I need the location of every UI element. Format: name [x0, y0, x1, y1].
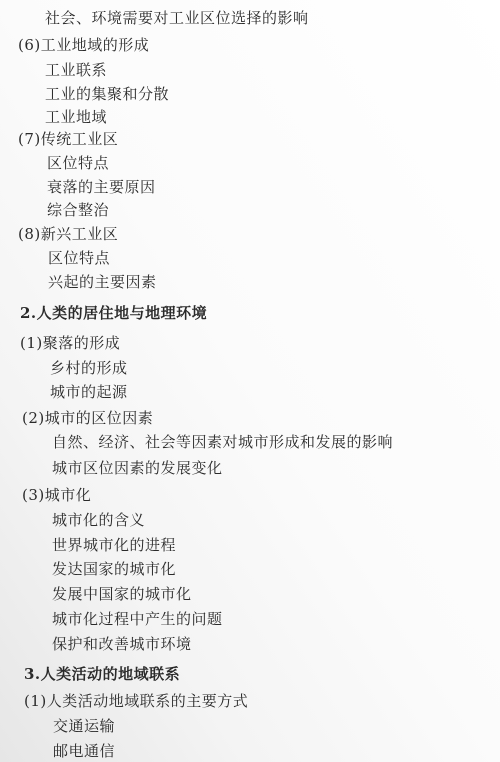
outline-item: 兴起的主要因素: [48, 272, 157, 292]
outline-text: 城市化: [45, 486, 92, 504]
outline-number: (1): [24, 692, 47, 710]
outline-text: 世界城市化的进程: [52, 536, 176, 554]
outline-text: 人类活动地域联系的主要方式: [47, 692, 249, 710]
outline-text: 保护和改善城市环境: [52, 635, 192, 653]
outline-number: 3.: [24, 665, 41, 683]
outline-item: 世界城市化的进程: [52, 535, 176, 555]
outline-text: 区位特点: [47, 154, 109, 172]
outline-item: 工业联系: [45, 60, 107, 80]
outline-item: 城市化的含义: [52, 510, 145, 530]
outline-number: 2.: [20, 304, 37, 322]
outline-item: 衰落的主要原因: [47, 177, 156, 197]
outline-text: 工业地域的形成: [41, 36, 150, 54]
subsection-heading: (6)工业地域的形成: [18, 35, 149, 55]
section-heading: 3.人类活动的地域联系: [24, 664, 180, 684]
subsection-heading: (1)聚落的形成: [20, 333, 120, 353]
outline-item: 发展中国家的城市化: [52, 584, 192, 604]
outline-text: 传统工业区: [41, 130, 119, 148]
outline-item: 乡村的形成: [50, 358, 128, 378]
subsection-heading: (7)传统工业区: [18, 129, 118, 149]
outline-item: 区位特点: [47, 153, 109, 173]
outline-item: 工业地域: [45, 107, 107, 127]
outline-text: 发展中国家的城市化: [52, 585, 192, 603]
subsection-heading: (2)城市的区位因素: [22, 408, 153, 428]
outline-text: 衰落的主要原因: [47, 178, 156, 196]
outline-item: 交通运输: [53, 716, 115, 736]
outline-item: 社会、环境需要对工业区位选择的影响: [45, 8, 309, 28]
outline-text: 人类活动的地域联系: [41, 665, 181, 683]
outline-number: (8): [18, 225, 41, 243]
outline-text: 城市区位因素的发展变化: [52, 459, 223, 477]
outline-number: (1): [20, 334, 43, 352]
outline-number: (2): [22, 409, 45, 427]
outline-item: 保护和改善城市环境: [52, 634, 192, 654]
outline-text: 区位特点: [48, 249, 110, 267]
outline-item: 区位特点: [48, 248, 110, 268]
outline-text: 工业地域: [45, 108, 107, 126]
outline-item: 邮电通信: [53, 741, 115, 761]
outline-number: (6): [18, 36, 41, 54]
outline-item: 城市化过程中产生的问题: [52, 609, 223, 629]
outline-text: 邮电通信: [53, 742, 115, 760]
outline-text: 城市化过程中产生的问题: [52, 610, 223, 628]
subsection-heading: (8)新兴工业区: [18, 224, 118, 244]
outline-item: 发达国家的城市化: [52, 559, 176, 579]
outline-text: 城市的起源: [50, 383, 128, 401]
outline-text: 自然、经济、社会等因素对城市形成和发展的影响: [52, 433, 393, 451]
outline-item: 工业的集聚和分散: [45, 84, 169, 104]
outline-text: 交通运输: [53, 717, 115, 735]
outline-item: 自然、经济、社会等因素对城市形成和发展的影响: [52, 432, 393, 452]
outline-text: 综合整治: [47, 201, 109, 219]
outline-text: 社会、环境需要对工业区位选择的影响: [45, 9, 309, 27]
outline-text: 兴起的主要因素: [48, 273, 157, 291]
outline-text: 工业的集聚和分散: [45, 85, 169, 103]
outline-text: 发达国家的城市化: [52, 560, 176, 578]
outline-text: 聚落的形成: [43, 334, 121, 352]
subsection-heading: (3)城市化: [22, 485, 91, 505]
outline-number: (3): [22, 486, 45, 504]
outline-text: 工业联系: [45, 61, 107, 79]
outline-text: 城市的区位因素: [45, 409, 154, 427]
outline-item: 城市的起源: [50, 382, 128, 402]
outline-text: 新兴工业区: [41, 225, 119, 243]
outline-text: 人类的居住地与地理环境: [37, 304, 208, 322]
section-heading: 2.人类的居住地与地理环境: [20, 303, 207, 323]
outline-text: 城市化的含义: [52, 511, 145, 529]
outline-item: 城市区位因素的发展变化: [52, 458, 223, 478]
outline-text: 乡村的形成: [50, 359, 128, 377]
outline-number: (7): [18, 130, 41, 148]
outline-item: 综合整治: [47, 200, 109, 220]
subsection-heading: (1)人类活动地域联系的主要方式: [24, 691, 248, 711]
